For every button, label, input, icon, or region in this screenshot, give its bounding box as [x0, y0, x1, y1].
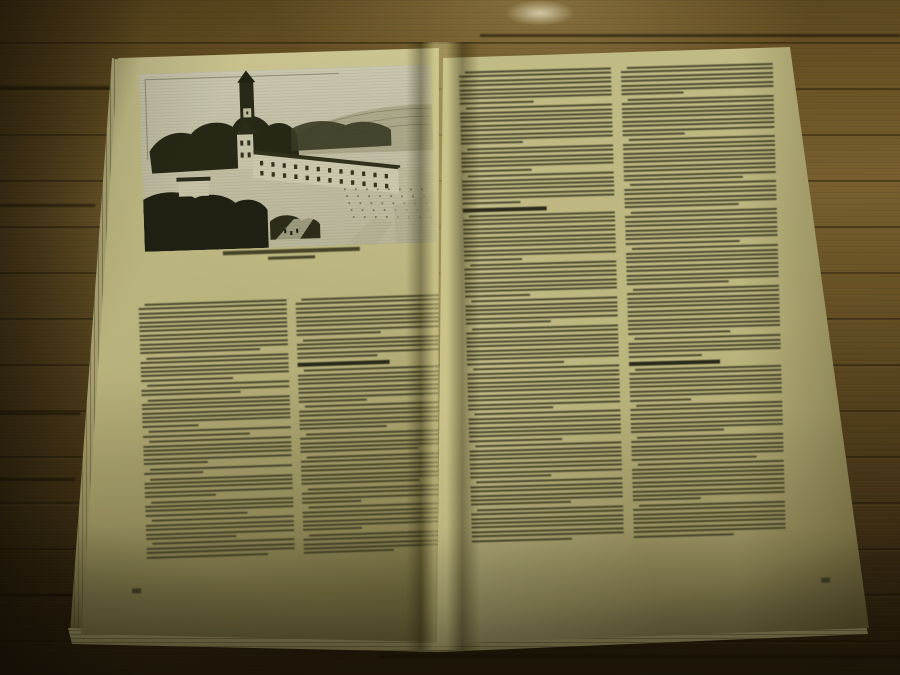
light-glare-spot [505, 0, 575, 26]
left-page-text-columns [139, 294, 452, 563]
engraving-art [139, 64, 437, 252]
text-column [139, 299, 296, 563]
text-column [621, 63, 786, 541]
monastery-engraving-illustration [139, 64, 437, 252]
book-spine-gutter [406, 42, 480, 650]
text-column [459, 67, 624, 545]
left-page [78, 44, 440, 644]
photo-of-open-magazine: Photograph of an open printed magazine l… [0, 0, 900, 675]
right-page-number [821, 578, 830, 583]
right-page-text-columns [459, 63, 786, 546]
tower [233, 70, 260, 169]
left-page-content [78, 38, 460, 650]
left-page-number [132, 588, 141, 593]
